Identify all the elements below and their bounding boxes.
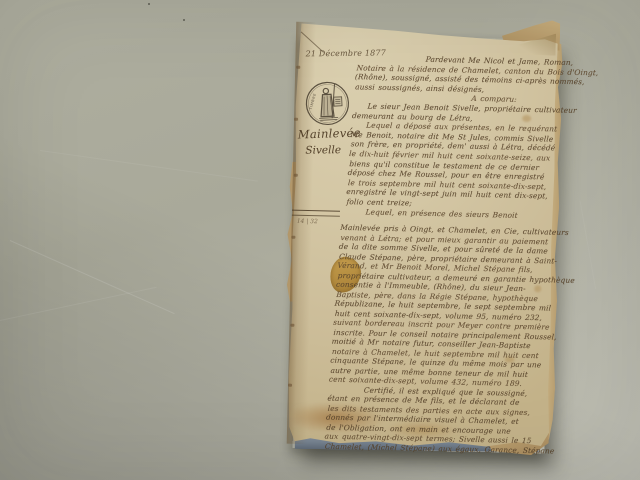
spine-wear-mark bbox=[291, 236, 295, 239]
spine-wear-mark bbox=[296, 66, 300, 69]
table-scratch bbox=[10, 240, 175, 314]
photo-of-manuscript: { "palette": { "table_surface": "#aeae9f… bbox=[0, 0, 640, 480]
spine-wear-mark bbox=[294, 118, 298, 121]
handwritten-body-upper: Pardevant Me Nicol et Jame, Roman, Notai… bbox=[324, 53, 562, 221]
spine-wear-mark bbox=[288, 384, 292, 387]
spine-wear-mark bbox=[294, 174, 298, 177]
table-scratch bbox=[40, 150, 258, 182]
handwritten-body-lower: Mainlevée pris à Oingt, et Chamelet, en … bbox=[317, 223, 560, 456]
table-speck bbox=[148, 3, 150, 5]
table-scratch bbox=[0, 287, 157, 321]
margin-annotation: 14 | 32 bbox=[297, 218, 318, 225]
table-speck bbox=[183, 19, 185, 21]
manuscript-document: 21 Décembre 1877 TIMBRE Mainlevée Sivell… bbox=[287, 22, 561, 452]
stamp-label: TIMBRE bbox=[308, 92, 317, 111]
spine-wear-mark bbox=[290, 324, 294, 327]
table-scratch bbox=[580, 200, 597, 289]
